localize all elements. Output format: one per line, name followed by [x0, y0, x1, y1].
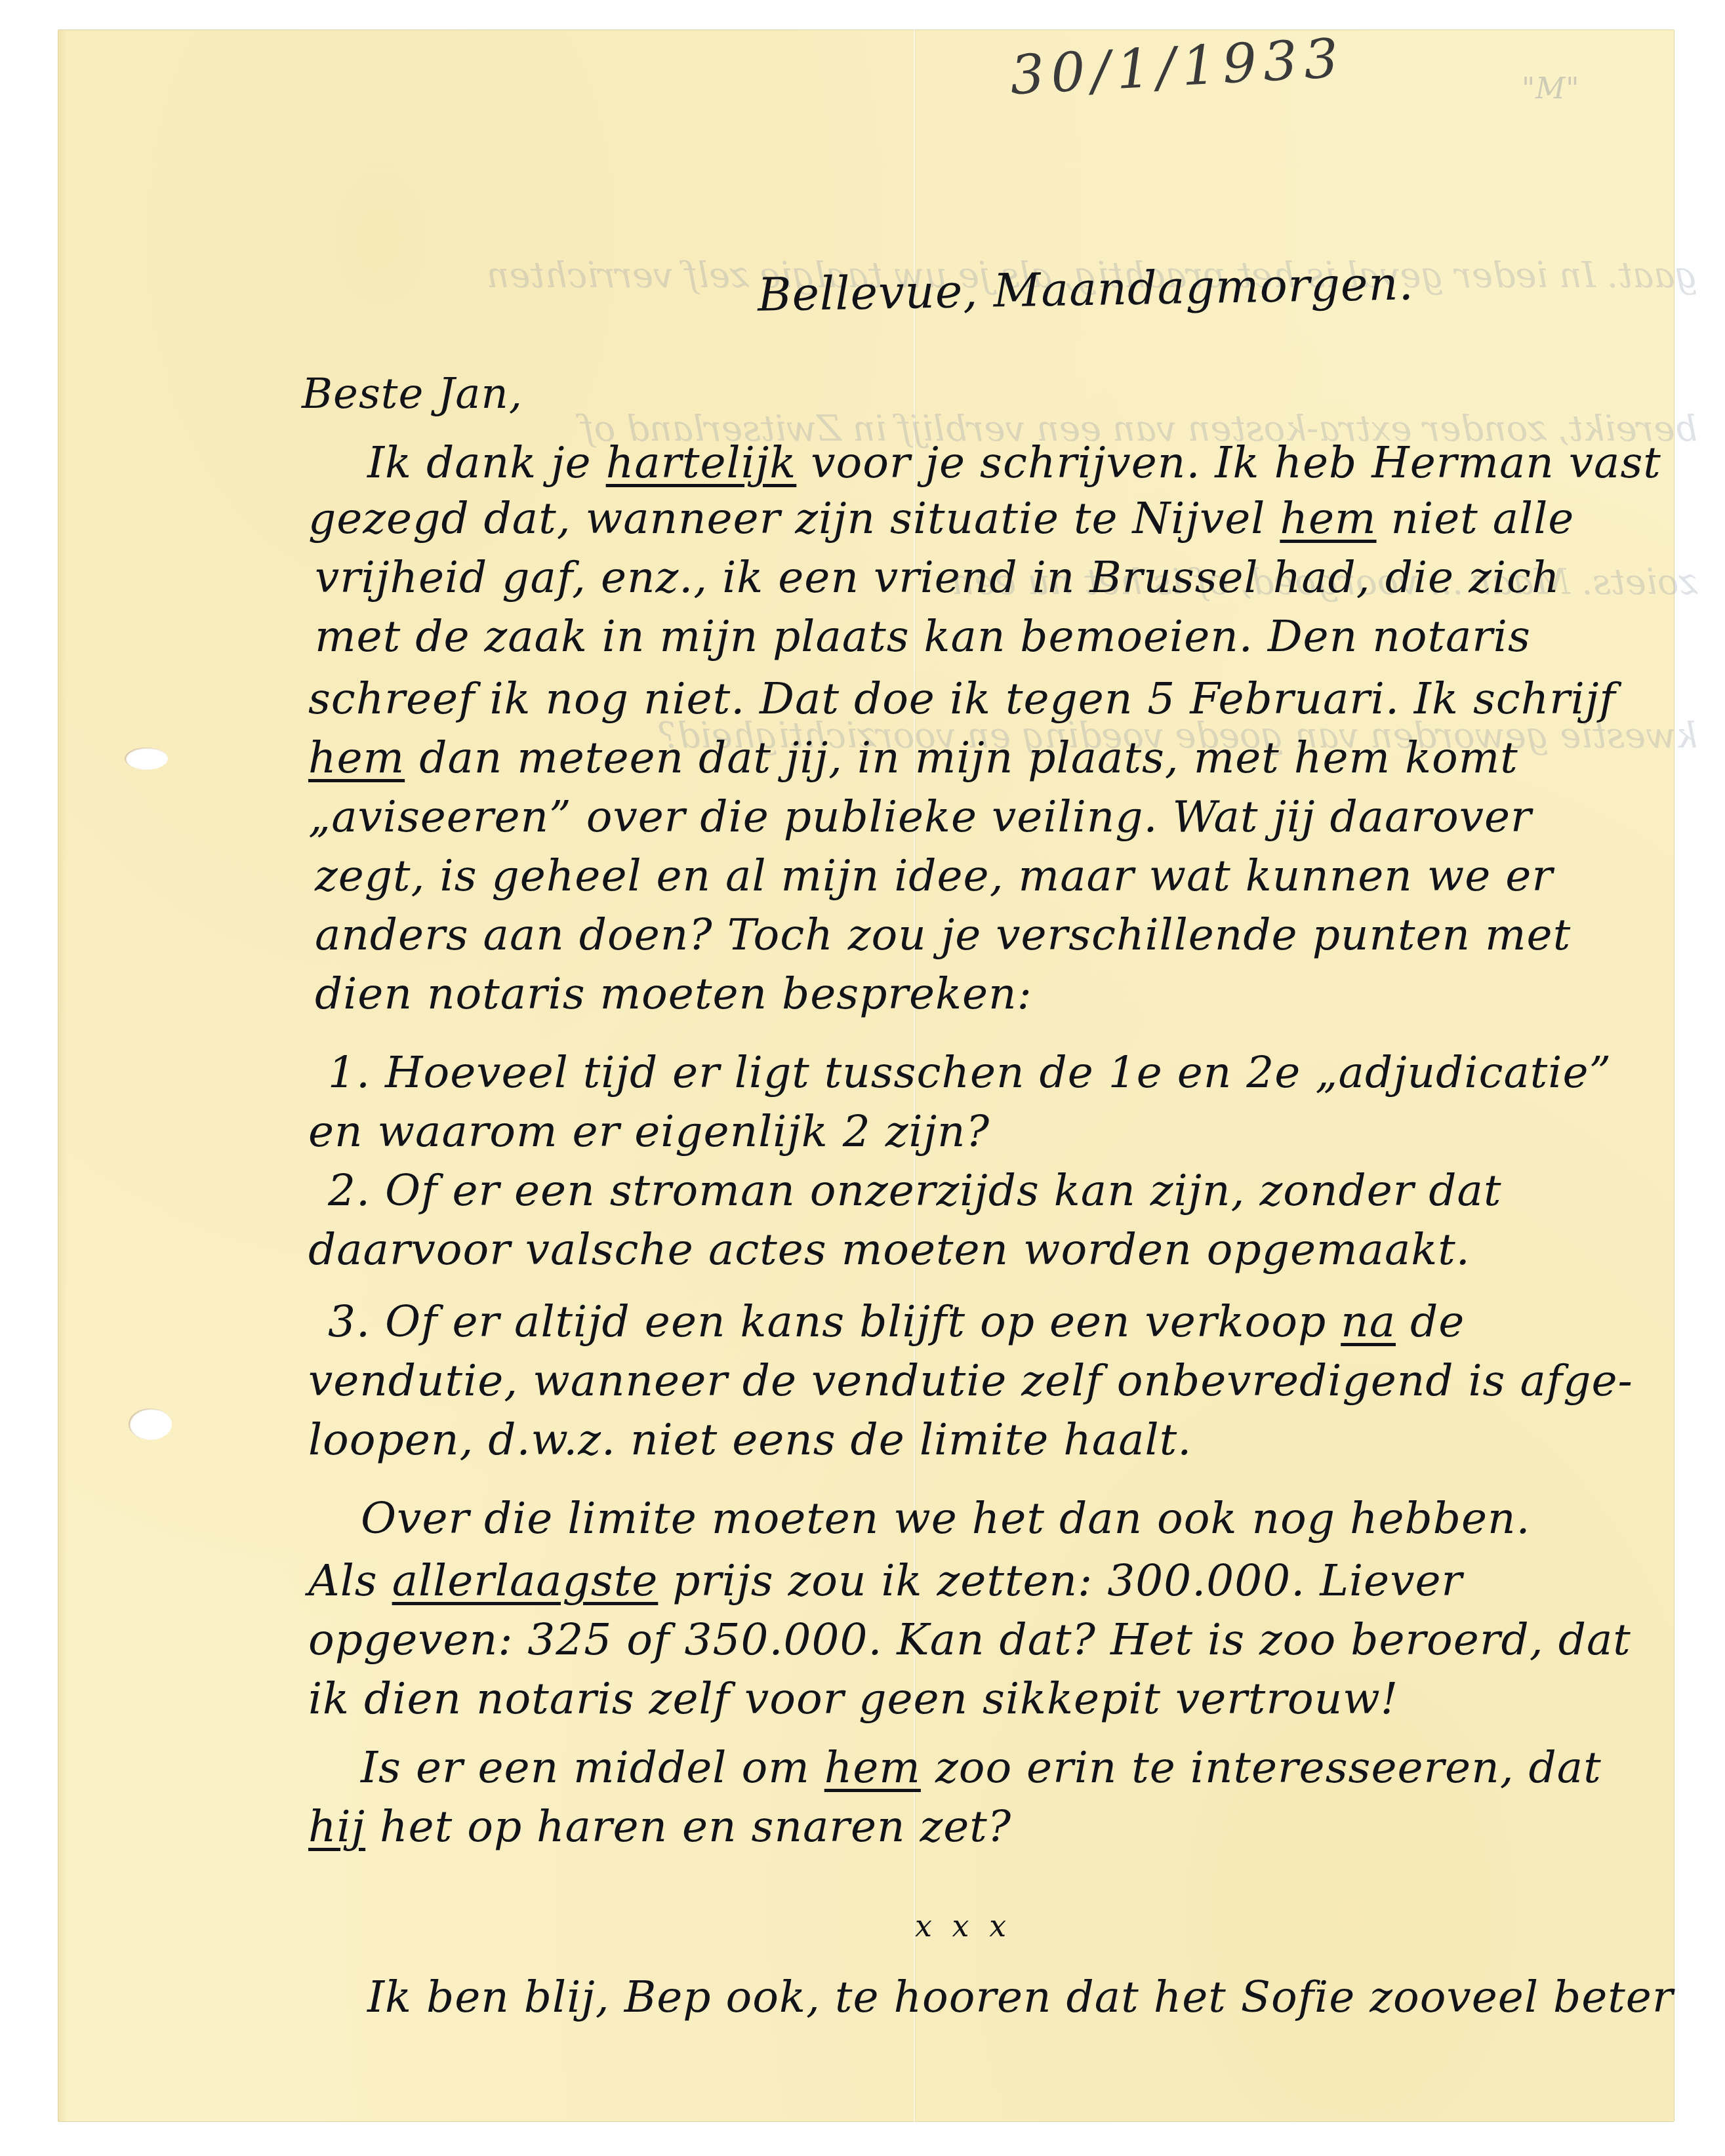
letter-line: anders aan doen? Toch zou je verschillen… [315, 905, 1571, 965]
underlined-word: allerlaagste [392, 1555, 659, 1606]
underlined-word: hem [1280, 493, 1376, 544]
list-item-3-cont: vendutie, wanneer de vendutie zelf onbev… [308, 1351, 1633, 1411]
underlined-word: hem [308, 732, 405, 783]
letter-line: zegt, is geheel en al mijn idee, maar wa… [315, 846, 1553, 906]
letter-line: vrijheid gaf, enz., ik een vriend in Bru… [315, 548, 1560, 608]
letter-line: gezegd dat, wanneer zijn situatie te Nij… [308, 489, 1574, 549]
underlined-word: hem [824, 1742, 921, 1793]
place-and-date-heading: Bellevue, Maandagmorgen. [757, 256, 1414, 321]
letter-line: hem dan meteen dat jij, in mijn plaats, … [308, 728, 1518, 788]
list-item-2: 2. Of er een stroman onzerzijds kan zijn… [328, 1161, 1501, 1221]
letter-line: Als allerlaagste prijs zou ik zetten: 30… [308, 1551, 1463, 1611]
punch-hole [129, 1408, 172, 1440]
underlined-word: hartelijk [606, 437, 797, 488]
list-item-1: 1. Hoeveel tijd er ligt tusschen de 1e e… [328, 1043, 1612, 1103]
letter-line: „aviseeren” over die publieke veiling. W… [308, 787, 1532, 847]
corner-mark: "M" [1522, 72, 1580, 106]
underlined-word: hij [308, 1801, 365, 1852]
letter-line: opgeven: 325 of 350.000. Kan dat? Het is… [308, 1610, 1631, 1670]
salutation: Beste Jan, [302, 364, 523, 424]
punch-hole [125, 748, 168, 770]
letter-line: schreef ik nog niet. Dat doe ik tegen 5 … [308, 669, 1616, 729]
closing-line: Ik ben blij, Bep ook, te hooren dat het … [367, 1967, 1673, 2027]
list-item-3-cont: loopen, d.w.z. niet eens de limite haalt… [308, 1410, 1192, 1470]
letter-line: Over die limite moeten we het dan ook no… [361, 1488, 1531, 1549]
list-item-2-cont: daarvoor valsche actes moeten worden opg… [308, 1220, 1471, 1280]
letter-line: hij het op haren en snaren zet? [308, 1797, 1011, 1857]
letter-line: Ik dank je hartelijk voor je schrijven. … [367, 433, 1661, 493]
list-item-3: 3. Of er altijd een kans blijft op een v… [328, 1292, 1465, 1352]
letter-line: met de zaak in mijn plaats kan bemoeien.… [315, 607, 1531, 667]
letter-line: ik dien notaris zelf voor geen sikkepit … [308, 1669, 1398, 1729]
letter-line: dien notaris moeten bespreken: [315, 964, 1032, 1024]
letter-line: Is er een middel om hem zoo erin te inte… [361, 1738, 1602, 1798]
section-separator: x x x [915, 1908, 1011, 1944]
line-text: Ik dank je hartelijk voor je schrijven. … [367, 437, 1661, 488]
list-item-1-cont: en waarom er eigenlijk 2 zijn? [308, 1102, 990, 1162]
underlined-word: na [1341, 1296, 1396, 1347]
